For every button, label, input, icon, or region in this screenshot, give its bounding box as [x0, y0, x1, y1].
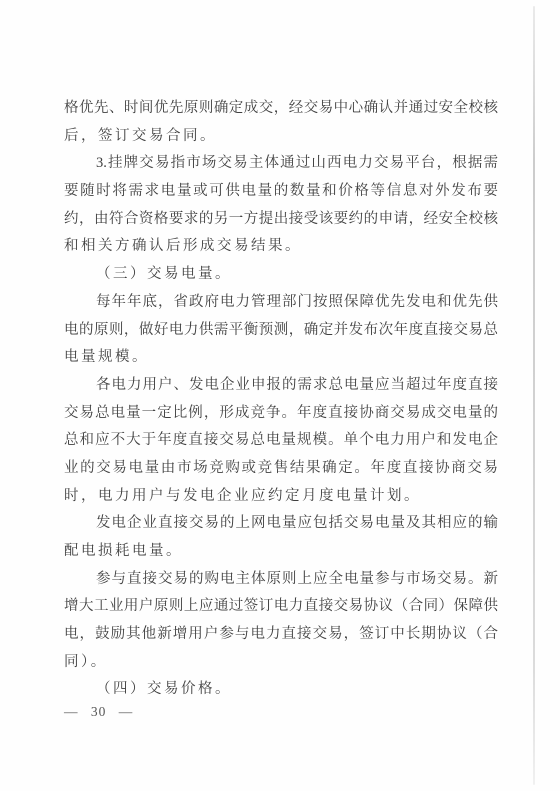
text-line: 3.挂牌交易指市场交易主体通过山西电力交易平台，根据需: [64, 150, 498, 178]
text-line: 电，鼓励其他新增用户参与电力直接交易，签订中长期协议（合: [64, 621, 498, 649]
text-line: 交易总电量一定比例，形成竞争。年度直接协商交易成交电量的: [64, 400, 498, 428]
text-line: 配电损耗电量。: [64, 538, 498, 566]
page-edge-line: [533, 6, 535, 785]
text-line: 后，签订交易合同。: [64, 123, 498, 151]
text-line: 发电企业直接交易的上网电量应包括交易电量及其相应的输: [64, 510, 498, 538]
text-line: 约，由符合资格要求的另一方提出接受该要约的申请，经安全校核: [64, 206, 498, 234]
text-line: 电量规模。: [64, 344, 498, 372]
text-line: 每年年底，省政府电力管理部门按照保障优先发电和优先供: [64, 289, 498, 317]
text-line: （四）交易价格。: [64, 676, 498, 704]
text-line: 参与直接交易的购电主体原则上应全电量参与市场交易。新: [64, 566, 498, 594]
text-line: 电的原则，做好电力供需平衡预测，确定并发布次年度直接交易总: [64, 317, 498, 345]
text-line: 时，电力用户与发电企业应约定月度电量计划。: [64, 483, 498, 511]
text-line: 要随时将需求电量或可供电量的数量和价格等信息对外发布要: [64, 178, 498, 206]
text-line: 同）。: [64, 649, 498, 677]
page-number: — 30 —: [64, 703, 133, 721]
text-line: （三）交易电量。: [64, 261, 498, 289]
text-line: 格优先、时间优先原则确定成交，经交易中心确认并通过安全校核: [64, 95, 498, 123]
document-page: 格优先、时间优先原则确定成交，经交易中心确认并通过安全校核后，签订交易合同。3.…: [0, 0, 560, 791]
text-line: 各电力用户、发电企业申报的需求总电量应当超过年度直接: [64, 372, 498, 400]
document-text: 格优先、时间优先原则确定成交，经交易中心确认并通过安全校核后，签订交易合同。3.…: [64, 95, 498, 704]
text-line: 总和应不大于年度直接交易总电量规模。单个电力用户和发电企: [64, 427, 498, 455]
text-line: 增大工业用户原则上应通过签订电力直接交易协议（合同）保障供: [64, 593, 498, 621]
text-line: 业的交易电量由市场竞购或竞售结果确定。年度直接协商交易: [64, 455, 498, 483]
text-line: 和相关方确认后形成交易结果。: [64, 233, 498, 261]
